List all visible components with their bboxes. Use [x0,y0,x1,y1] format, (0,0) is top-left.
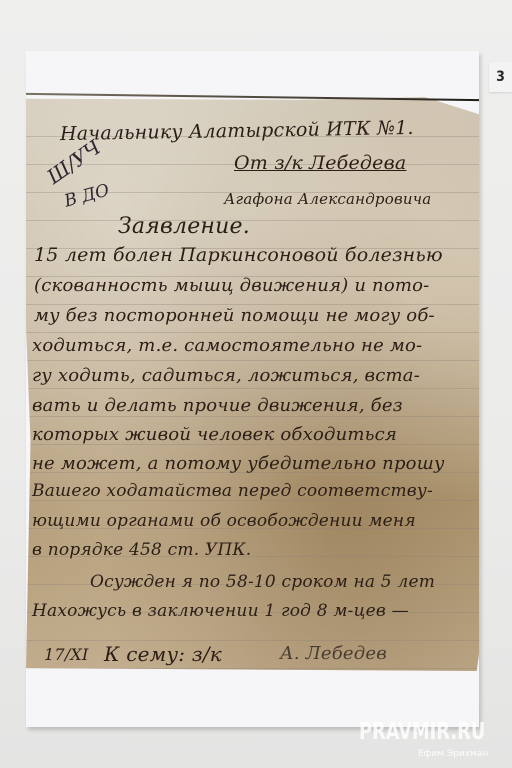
body-line: Осужден я по 58-10 сроком на 5 лет [90,572,435,592]
site-watermark: PRAVMIR.RU [359,719,485,745]
body-line: в порядке 458 ст. УПК. [32,540,251,560]
body-line: которых живой человек обходиться [32,424,397,445]
body-line: вать и делать прочие движения, без [32,395,403,416]
addressee-line-2: От з/к Лебедева [234,152,406,174]
body-line: ходиться, т.е. самостоятельно не мо- [32,335,422,356]
body-line: гу ходить, садиться, ложиться, вста- [32,365,420,386]
body-line: ющими органами об освобождении меня [32,511,416,531]
page-number-tag: 3 [489,62,512,92]
photographer-credit: Ефим Эрихман [418,749,488,759]
addressee-line-3: Агафона Александровича [224,190,431,208]
page-number: 3 [496,69,505,85]
body-line: 15 лет болен Паркинсоновой болезнью [34,244,443,266]
body-line: Вашего ходатайства перед соответству- [32,481,433,501]
body-line: Нахожусь в заключении 1 год 8 м-цев — [32,601,409,621]
body-line: не может, а потому убедительно прошу [32,453,445,474]
document-date: 17/XI [44,645,88,664]
body-line: му без посторонней помощи не могу об- [34,305,435,326]
signed-label: К сему: з/к [104,642,222,666]
signature: А. Лебедев [280,643,387,664]
body-line: (скованность мышц движения) и пото- [34,275,429,296]
document-title: Заявление. [118,214,250,239]
